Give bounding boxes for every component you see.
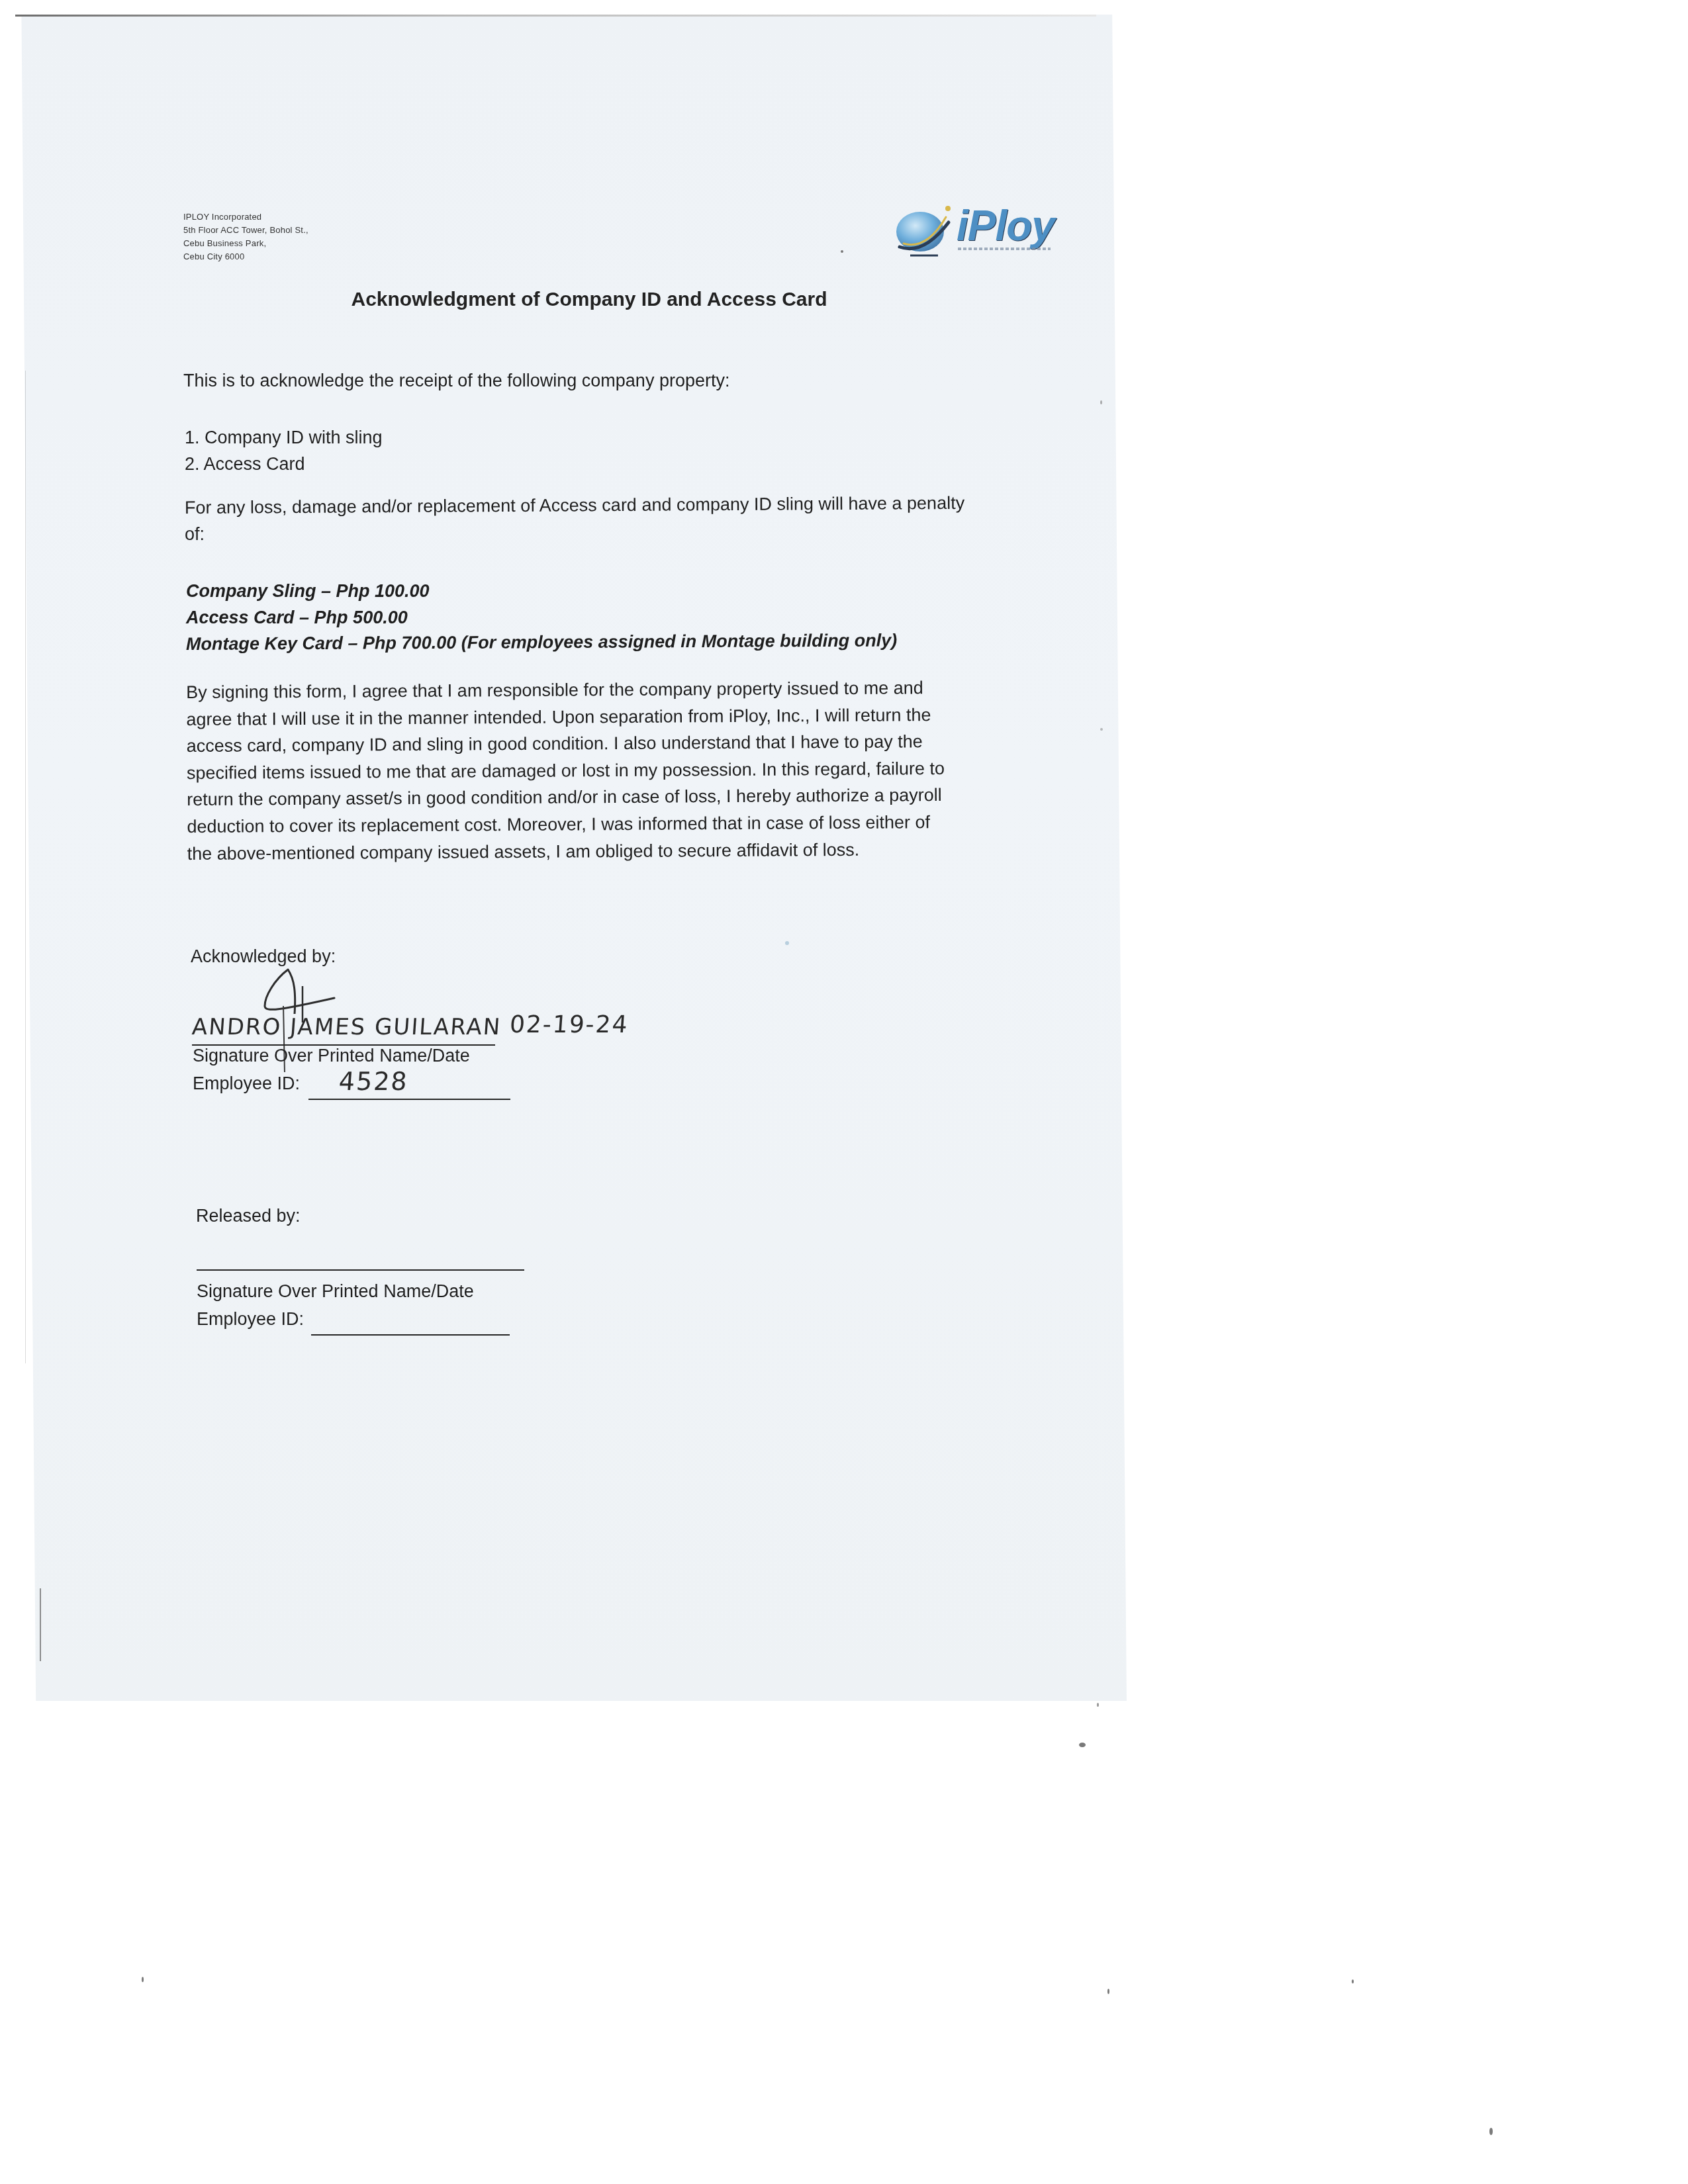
page-edge-mark (40, 1588, 41, 1661)
logo-tagline (958, 248, 1051, 250)
scan-speck (1097, 1703, 1099, 1707)
scan-speck (1100, 728, 1103, 731)
scan-speck (1107, 1989, 1109, 1994)
scan-speck (1079, 1743, 1086, 1747)
address-line: Cebu Business Park, (183, 237, 308, 250)
acknowledged-date: 02-19-24 (509, 1011, 630, 1038)
signature-caption: Signature Over Printed Name/Date (193, 1046, 470, 1066)
agreement-line: By signing this form, I agree that I am … (186, 674, 1030, 705)
page-edge-shadow (25, 371, 26, 1363)
penalty-item: Access Card – Php 500.00 (186, 608, 408, 628)
employee-id-label: Employee ID: (193, 1073, 300, 1094)
scan-speck (841, 250, 843, 253)
employee-id-line (308, 1099, 510, 1100)
penalty-item: Montage Key Card – Php 700.00 (For emplo… (186, 630, 897, 655)
page-top-edge (15, 15, 1096, 17)
penalty-intro-line: of: (185, 524, 205, 545)
document-title: Acknowledgment of Company ID and Access … (0, 289, 1178, 311)
intro-text: This is to acknowledge the receipt of th… (183, 371, 729, 391)
globe-logo-icon (890, 197, 963, 260)
employee-id-label: Employee ID: (197, 1309, 304, 1330)
released-by-label: Released by: (196, 1206, 301, 1226)
agreement-paragraph: By signing this form, I agree that I am … (186, 674, 1031, 867)
address-line: IPLOY Incorporated (183, 210, 308, 224)
employee-id-line (311, 1334, 510, 1336)
agreement-line: deduction to cover its replacement cost.… (187, 808, 1031, 840)
signature-caption: Signature Over Printed Name/Date (197, 1281, 474, 1302)
acknowledged-printed-name: ANDRO JAMES GUILARAN (191, 1014, 502, 1040)
property-item: 1. Company ID with sling (185, 428, 383, 448)
penalty-item: Company Sling – Php 100.00 (186, 581, 430, 602)
company-address: IPLOY Incorporated 5th Floor ACC Tower, … (183, 210, 308, 263)
acknowledged-by-label: Acknowledged by: (191, 946, 336, 967)
signature-line (197, 1269, 524, 1271)
scan-speck (785, 941, 789, 945)
scan-speck (142, 1977, 144, 1982)
scan-speck (1352, 1979, 1354, 1983)
company-logo: iPloy (890, 197, 1062, 260)
address-line: Cebu City 6000 (183, 250, 308, 263)
agreement-line: the above-mentioned company issued asset… (187, 835, 1031, 867)
logo-wordmark: iPloy (957, 201, 1055, 250)
property-item: 2. Access Card (185, 454, 305, 475)
employee-id-value: 4528 (338, 1067, 409, 1096)
address-line: 5th Floor ACC Tower, Bohol St., (183, 224, 308, 237)
scan-speck (1100, 400, 1102, 404)
scan-speck (1489, 2128, 1493, 2135)
